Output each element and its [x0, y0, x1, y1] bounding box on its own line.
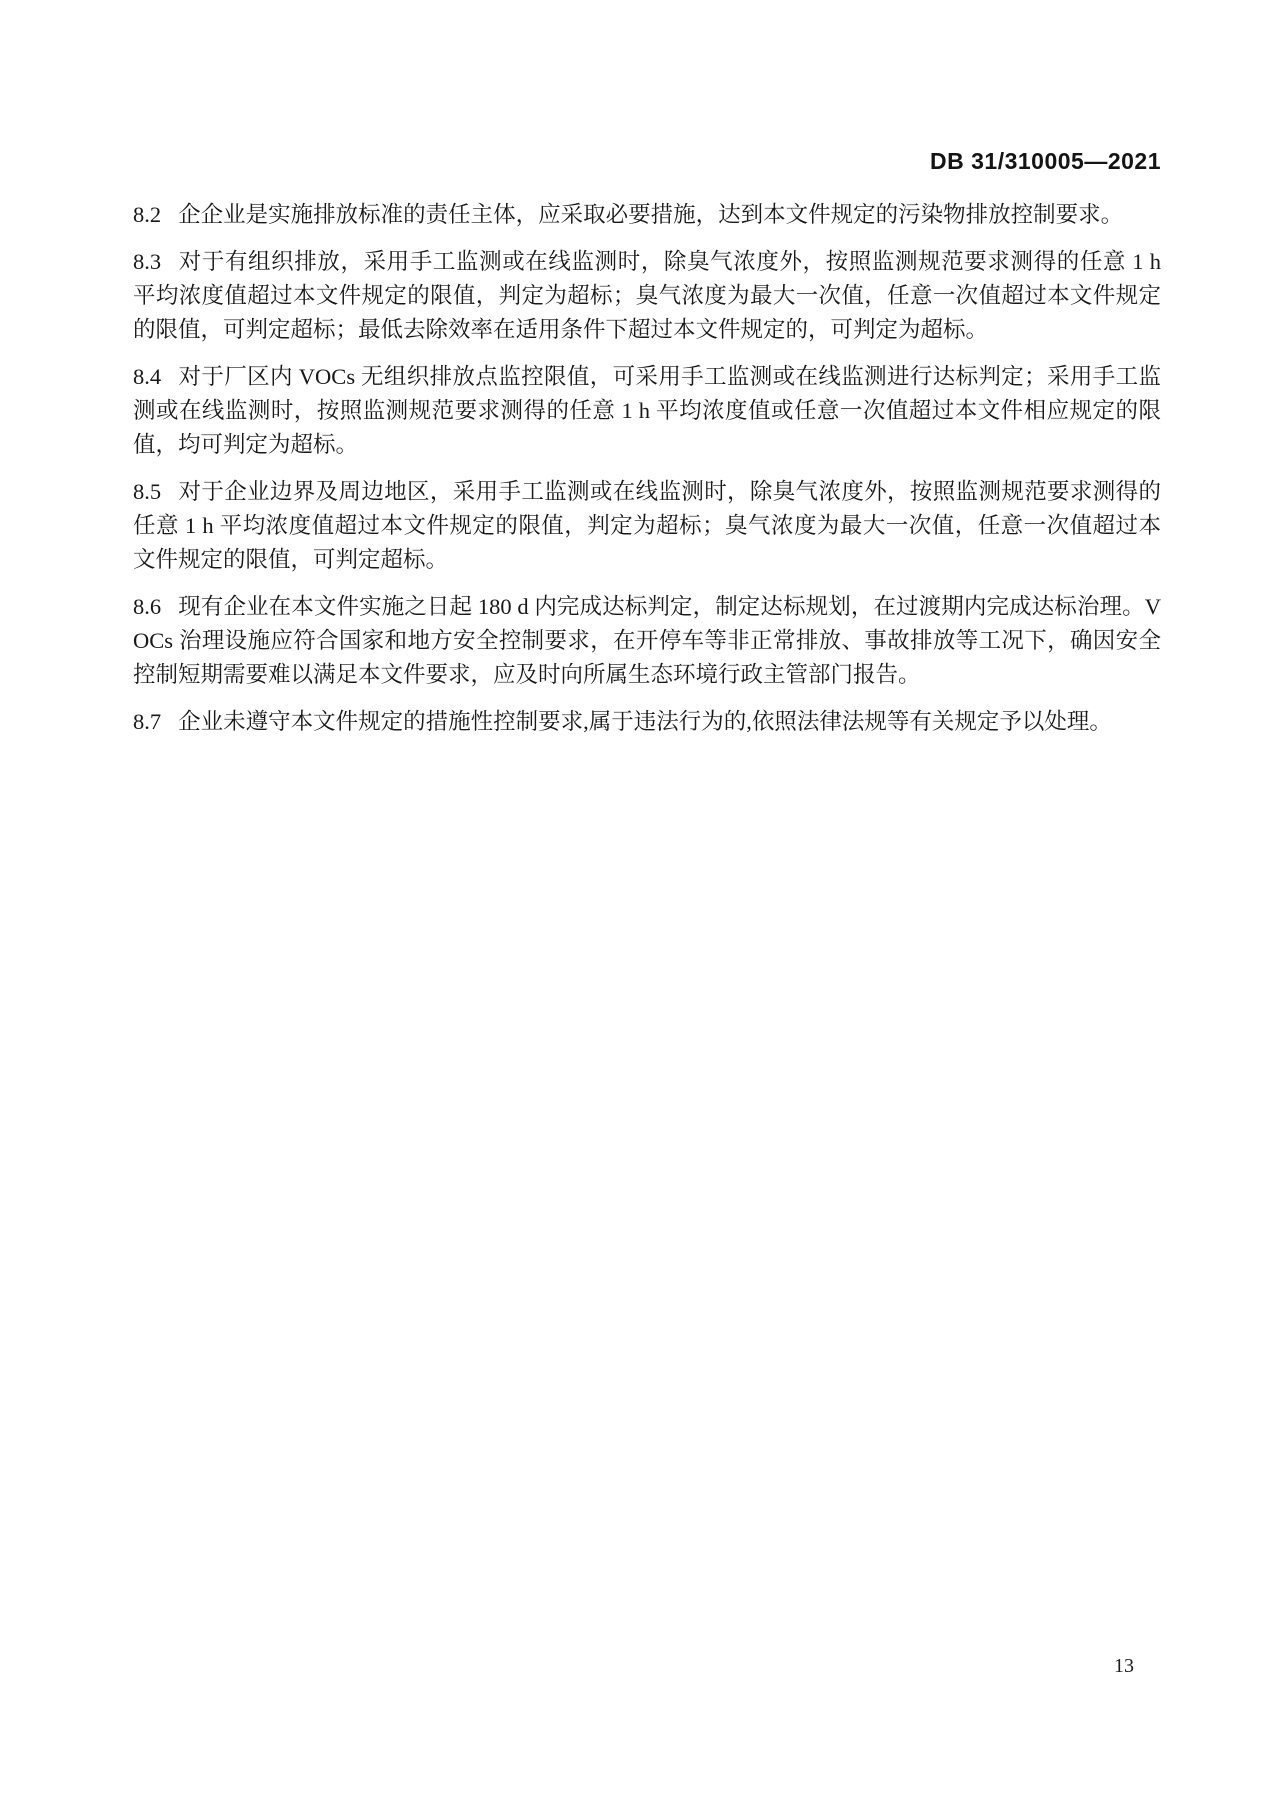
section-paragraph: 8.7企业未遵守本文件规定的措施性控制要求,属于违法行为的,依照法律法规等有关规…	[133, 705, 1161, 739]
document-body: 8.2企企业是实施排放标准的责任主体，应采取必要措施，达到本文件规定的污染物排放…	[133, 198, 1161, 752]
section-number: 8.3	[133, 245, 161, 279]
document-header: DB 31/310005—2021	[133, 148, 1161, 175]
section-text: 对于有组织排放，采用手工监测或在线监测时，除臭气浓度外，按照监测规范要求测得的任…	[133, 249, 1161, 342]
section-text: 现有企业在本文件实施之日起 180 d 内完成达标判定，制定达标规划，在过渡期内…	[133, 594, 1161, 687]
page-number: 13	[1114, 1655, 1134, 1677]
section-text: 对于企业边界及周边地区，采用手工监测或在线监测时，除臭气浓度外，按照监测规范要求…	[133, 479, 1161, 572]
section-number: 8.5	[133, 475, 161, 509]
page-footer: 13	[133, 1655, 1161, 1678]
section-number: 8.2	[133, 198, 161, 232]
section-number: 8.6	[133, 590, 161, 624]
section-number: 8.4	[133, 360, 161, 394]
section-paragraph: 8.2企企业是实施排放标准的责任主体，应采取必要措施，达到本文件规定的污染物排放…	[133, 198, 1161, 232]
section-paragraph: 8.3对于有组织排放，采用手工监测或在线监测时，除臭气浓度外，按照监测规范要求测…	[133, 245, 1161, 347]
section-paragraph: 8.4对于厂区内 VOCs 无组织排放点监控限值，可采用手工监测或在线监测进行达…	[133, 360, 1161, 462]
section-text: 对于厂区内 VOCs 无组织排放点监控限值，可采用手工监测或在线监测进行达标判定…	[133, 364, 1161, 457]
section-text: 企业未遵守本文件规定的措施性控制要求,属于违法行为的,依照法律法规等有关规定予以…	[178, 709, 1112, 734]
document-page: DB 31/310005—2021 8.2企企业是实施排放标准的责任主体，应采取…	[0, 0, 1280, 1810]
section-paragraph: 8.6现有企业在本文件实施之日起 180 d 内完成达标判定，制定达标规划，在过…	[133, 590, 1161, 692]
section-number: 8.7	[133, 705, 161, 739]
section-text: 企企业是实施排放标准的责任主体，应采取必要措施，达到本文件规定的污染物排放控制要…	[178, 202, 1123, 227]
doc-number: DB 31/310005—2021	[930, 148, 1161, 174]
section-paragraph: 8.5对于企业边界及周边地区，采用手工监测或在线监测时，除臭气浓度外，按照监测规…	[133, 475, 1161, 577]
